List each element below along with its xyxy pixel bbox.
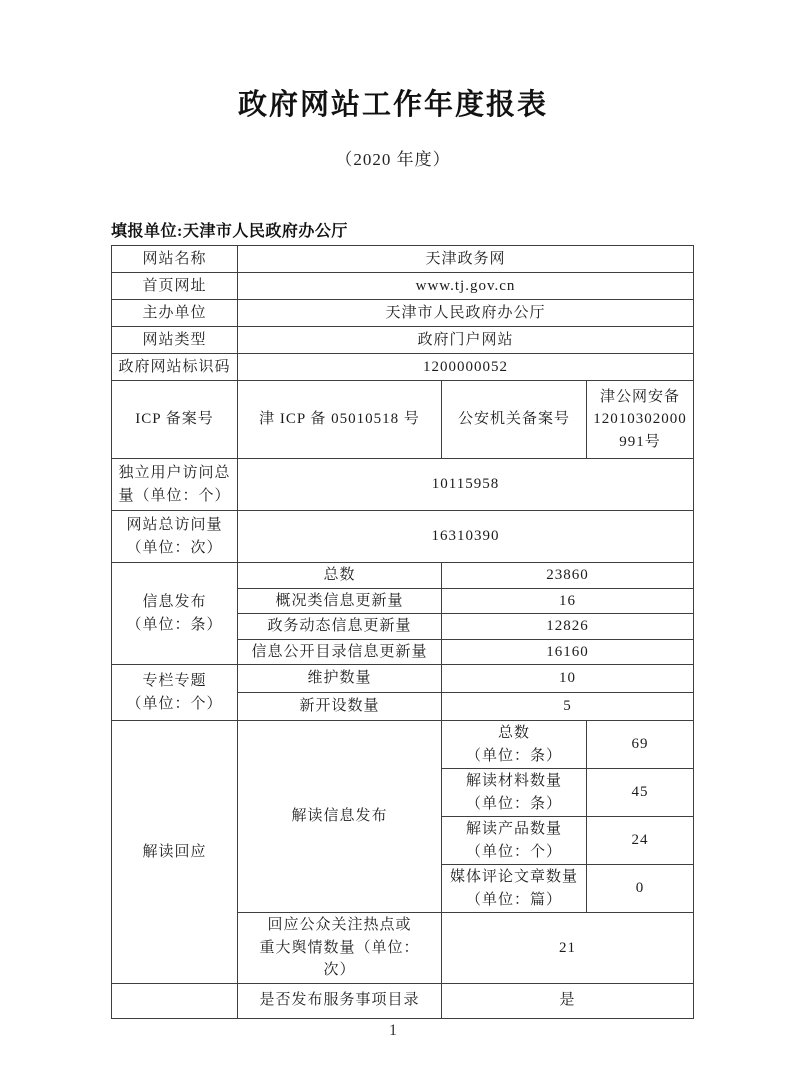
table-row: 政府网站标识码 1200000052 (112, 354, 694, 381)
icp-label-cell: ICP 备案号 (112, 381, 238, 459)
police-record-value-cell: 津公网安备 12010302000 991号 (587, 381, 694, 459)
home-url-value-cell: www.tj.gov.cn (238, 273, 694, 300)
table-row: ICP 备案号 津 ICP 备 05010518 号 公安机关备案号 津公网安备… (112, 381, 694, 459)
page-number: 1 (0, 1022, 786, 1040)
interpretation-group-cell: 解读回应 (112, 721, 238, 984)
organizer-label-cell: 主办单位 (112, 300, 238, 327)
site-code-label-cell: 政府网站标识码 (112, 354, 238, 381)
special-columns-row-label-cell: 维护数量 (238, 665, 442, 693)
site-code-value-cell: 1200000052 (238, 354, 694, 381)
table-row: 独立用户访问总量（单位：个） 10115958 (112, 459, 694, 511)
table-row: 网站总访问量 （单位：次） 16310390 (112, 511, 694, 563)
table-row: 是否发布服务事项目录 是 (112, 983, 694, 1018)
interpretation-row-value-cell: 0 (587, 865, 694, 913)
table-row: 主办单位 天津市人民政府办公厅 (112, 300, 694, 327)
info-publish-row-label-cell: 政务动态信息更新量 (238, 614, 442, 640)
table-row: 首页网址 www.tj.gov.cn (112, 273, 694, 300)
info-publish-group-cell: 信息发布 （单位：条） (112, 563, 238, 665)
organizer-value-cell: 天津市人民政府办公厅 (238, 300, 694, 327)
special-columns-row-label-cell: 新开设数量 (238, 693, 442, 721)
interpretation-row-value-cell: 24 (587, 817, 694, 865)
interpretation-publish-cell: 解读信息发布 (238, 721, 442, 913)
service-catalog-label-cell: 是否发布服务事项目录 (238, 983, 442, 1018)
hotspot-label-cell: 回应公众关注热点或 重大舆情数量（单位： 次） (238, 913, 442, 984)
table-row: 网站名称 天津政务网 (112, 246, 694, 273)
total-visits-value-cell: 16310390 (238, 511, 694, 563)
police-record-label-cell: 公安机关备案号 (442, 381, 587, 459)
page-subtitle: （2020 年度） (0, 145, 786, 170)
interpretation-row-label-cell: 总数 （单位：条） (442, 721, 587, 769)
table-row: 专栏专题 （单位：个） 维护数量 10 (112, 665, 694, 693)
interpretation-row-value-cell: 69 (587, 721, 694, 769)
report-page: 政府网站工作年度报表 （2020 年度） 填报单位:天津市人民政府办公厅 网站名… (0, 0, 786, 1069)
info-publish-row-label-cell: 信息公开目录信息更新量 (238, 639, 442, 665)
annual-report-table: 网站名称 天津政务网 首页网址 www.tj.gov.cn 主办单位 天津市人民… (111, 245, 694, 1019)
unique-visitors-label-cell: 独立用户访问总量（单位：个） (112, 459, 238, 511)
special-columns-row-value-cell: 10 (442, 665, 694, 693)
table-row: 信息发布 （单位：条） 总数 23860 (112, 563, 694, 589)
page-title: 政府网站工作年度报表 (0, 82, 786, 123)
site-type-value-cell: 政府门户网站 (238, 327, 694, 354)
info-publish-row-label-cell: 总数 (238, 563, 442, 589)
icp-value-cell: 津 ICP 备 05010518 号 (238, 381, 442, 459)
table-row: 网站类型 政府门户网站 (112, 327, 694, 354)
site-name-label-cell: 网站名称 (112, 246, 238, 273)
total-visits-label-cell: 网站总访问量 （单位：次） (112, 511, 238, 563)
special-columns-row-value-cell: 5 (442, 693, 694, 721)
info-publish-row-label-cell: 概况类信息更新量 (238, 588, 442, 614)
special-columns-group-cell: 专栏专题 （单位：个） (112, 665, 238, 721)
interpretation-row-value-cell: 45 (587, 769, 694, 817)
empty-group-cell (112, 983, 238, 1018)
site-name-value-cell: 天津政务网 (238, 246, 694, 273)
home-url-label-cell: 首页网址 (112, 273, 238, 300)
info-publish-row-value-cell: 16160 (442, 639, 694, 665)
interpretation-row-label-cell: 媒体评论文章数量 （单位：篇） (442, 865, 587, 913)
interpretation-row-label-cell: 解读材料数量 （单位：条） (442, 769, 587, 817)
table-row: 解读回应 解读信息发布 总数 （单位：条） 69 (112, 721, 694, 769)
unique-visitors-value-cell: 10115958 (238, 459, 694, 511)
hotspot-value-cell: 21 (442, 913, 694, 984)
info-publish-row-value-cell: 16 (442, 588, 694, 614)
info-publish-row-value-cell: 12826 (442, 614, 694, 640)
info-publish-row-value-cell: 23860 (442, 563, 694, 589)
service-catalog-value-cell: 是 (442, 983, 694, 1018)
interpretation-row-label-cell: 解读产品数量 （单位：个） (442, 817, 587, 865)
site-type-label-cell: 网站类型 (112, 327, 238, 354)
reporting-unit: 填报单位:天津市人民政府办公厅 (111, 218, 348, 241)
